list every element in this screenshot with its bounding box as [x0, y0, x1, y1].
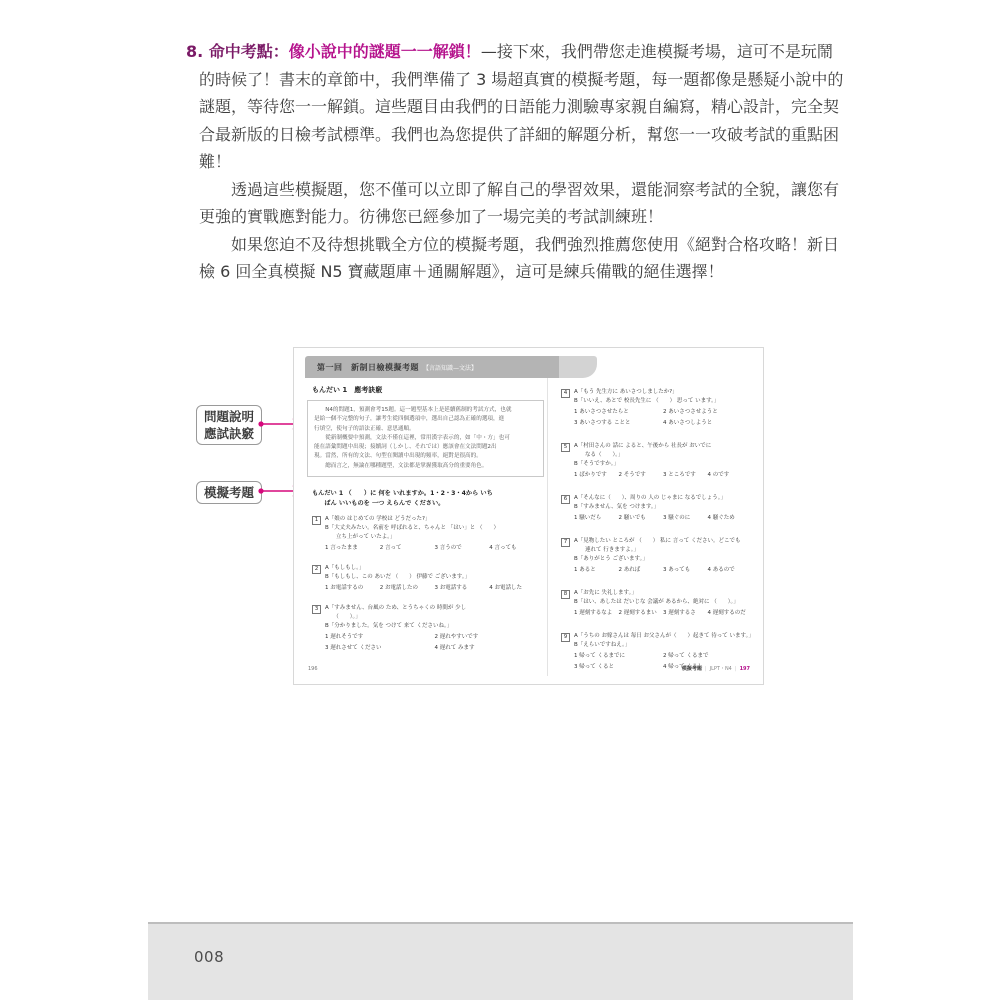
footer-band: 008 [148, 922, 853, 1000]
answer-option: 3 騒ぐのに [663, 514, 708, 523]
answer-option: 3 言うので [435, 544, 490, 553]
question-number: 8 [561, 590, 570, 599]
exam-spread-image: 第一回 新制日檢模擬考題 【言語知識—文法】 もんだい 1 應考訣竅 N4的問題… [293, 347, 764, 685]
answer-option: 2 お電話したの [380, 584, 435, 593]
right-page: 4A「もう 先生方に あいさつしましたか?」B「いいえ、あとで 校長先生に （ … [556, 381, 752, 684]
callout-tips-label: 問題說明 應試訣竅 [196, 405, 262, 445]
answer-option: 3 遅刻するさ [663, 609, 708, 618]
intro-text-line: 謎題，等待您一一解鎖。這些題目由我們的日語能力測驗專家親自編寫，精心設計，完全契 [199, 93, 846, 121]
dialogue-line: B「大丈夫みたい。名前を 呼ばれると、ちゃんと 「はい」と （ ） [325, 524, 544, 533]
question-number: 5 [561, 443, 570, 452]
dialogue-line: B「すみません、気を つけます。」 [574, 503, 752, 512]
question-number: 6 [561, 495, 570, 504]
answer-option: 4 遅刻するのだ [708, 609, 753, 618]
left-page: もんだい 1 應考訣竅 N4的問題1，預測會考15題。這一題型基本上是延續舊制的… [307, 385, 544, 684]
intro-text-line: 的時候了！書末的章節中，我們準備了 3 場超真實的模擬考題，每一題都像是懸疑小說… [199, 66, 846, 94]
answer-option: 4 お電話した [489, 584, 544, 593]
answer-option: 1 言ったまま [325, 544, 380, 553]
instruction-line: もんだい 1 （ ）に 何を いれますか。1・2・3・4から いち [312, 489, 544, 499]
answer-option: 1 騒いだら [574, 514, 619, 523]
dialogue-line: 立ち上がって いたよ。」 [325, 533, 544, 542]
tips-box: N4的問題1，預測會考15題。這一題型基本上是延續舊制的考試方式，也就是給一個不… [307, 400, 544, 477]
dialogue-line: A「お先に 失礼します。」 [574, 589, 752, 598]
answer-option: 4 言っても [489, 544, 544, 553]
answer-option: 1 帰って くるまでに [574, 652, 663, 661]
question-number: 7 [561, 538, 570, 547]
question-item: 6A「そんなに（ ）、周りの 人の じゃまに なるでしょう。」B「すみません、気… [561, 494, 752, 523]
left-page-number: 196 [308, 666, 318, 672]
question-item: 7A「見物したい ところが （ ） 私に 言って ください。どこでも 連れて 行… [561, 537, 752, 575]
answer-option: 2 遅刻するまい [619, 609, 664, 618]
tips-text-line: 從新制概要中預測，文法不僅在這裡，常用漢字表示的，如「中・方」也可 [314, 434, 537, 443]
answer-option: 3 ところです [663, 471, 708, 480]
answer-option: 4 あるので [708, 566, 753, 575]
tips-text-line: 總而言之，無論在哪種題型，文法都是掌握獲取高分的重要角色。 [314, 462, 537, 471]
question-number: 1 [312, 516, 321, 525]
intro-text-line: 透過這些模擬題，您不僅可以立即了解自己的學習效果，還能洞察考試的全貌，讓您有 [199, 176, 846, 204]
question-body: A「もしもし。」B「もしもし、この あいだ （ ） 伊藤で ございます。」1 お… [325, 564, 544, 593]
answer-option: 2 遅れやすいです [435, 633, 545, 642]
question-item: 8A「お先に 失礼します。」B「はい、あしたは だいじな 会議が あるから、絶対… [561, 589, 752, 618]
dialogue-line: A「村田さんの 話に よると、午後から 社長が おいでに [574, 442, 752, 451]
answer-options: 1 あいさつさせたらと2 あいさつさせようと3 あいさつする ことと4 あいさつ… [574, 408, 752, 428]
question-body: A「見物したい ところが （ ） 私に 言って ください。どこでも 連れて 行き… [574, 537, 752, 575]
footer-exam-name: JLPT・N4 [710, 665, 732, 672]
mondai-heading: もんだい 1 應考訣竅 [312, 385, 544, 395]
exam-banner-tail [559, 356, 597, 378]
dialogue-line: A「すみません、台風の ため、とうちゃくの 時間が 少し [325, 604, 544, 613]
answer-options: 1 遅れそうです2 遅れやすいです3 遅れさせて ください4 遅れて みます [325, 633, 544, 653]
question-number: 3 [312, 605, 321, 614]
question-body: A「村田さんの 話に よると、午後から 社長が おいでに なる（ ）。」B「そう… [574, 442, 752, 480]
answer-options: 1 遅刻するなよ2 遅刻するまい3 遅刻するさ4 遅刻するのだ [574, 609, 752, 618]
dialogue-line: A「もう 先生方に あいさつしましたか?」 [574, 388, 752, 397]
dialogue-line: A「娘の はじめての 学校は どうだった?」 [325, 515, 544, 524]
answer-option: 4 遅れて みます [435, 644, 545, 653]
answer-option: 3 遅れさせて ください [325, 644, 435, 653]
answer-options: 1 あると2 あれば3 あっても4 あるので [574, 566, 752, 575]
dialogue-line: （ ）。」 [325, 613, 544, 622]
dialogue-line: A「見物したい ところが （ ） 私に 言って ください。どこでも [574, 537, 752, 546]
left-page-questions: 1A「娘の はじめての 学校は どうだった?」B「大丈夫みたい。名前を 呼ばれる… [312, 515, 544, 653]
footer-separator: | [705, 666, 707, 672]
dialogue-line: 連れて 行きますよ。」 [574, 546, 752, 555]
question-body: A「すみません、台風の ため、とうちゃくの 時間が 少し （ ）。」B「分かりま… [325, 604, 544, 653]
section-heading: 8. 命中考點：像小說中的謎題一一解鎖！—接下來，我們帶您走進模擬考場，這可不是… [186, 38, 846, 66]
heading-highlight: 像小說中的謎題一一解鎖！ [289, 42, 481, 61]
answer-option: 1 お電話するの [325, 584, 380, 593]
intro-text-line: 如果您迫不及待想挑戰全方位的模擬考題，我們強烈推薦您使用《絕對合格攻略！新日 [199, 231, 846, 259]
dialogue-line: B「分かりました。気を つけて 来て くださいね。」 [325, 622, 544, 631]
answer-options: 1 ばかりです2 そうです3 ところです4 のです [574, 471, 752, 480]
answer-option: 4 騒ぐため [708, 514, 753, 523]
question-body: A「お先に 失礼します。」B「はい、あしたは だいじな 会議が あるから、絶対に… [574, 589, 752, 618]
answer-options: 1 お電話するの2 お電話したの3 お電話する4 お電話した [325, 584, 544, 593]
question-item: 5A「村田さんの 話に よると、午後から 社長が おいでに なる（ ）。」B「そ… [561, 442, 752, 480]
answer-option: 3 お電話する [435, 584, 490, 593]
answer-option: 4 あいさつしようと [663, 419, 752, 428]
answer-options: 1 言ったまま2 言って3 言うので4 言っても [325, 544, 544, 553]
callout-exam-label: 模擬考題 [196, 481, 262, 504]
dialogue-line: A「うちの お嫁さんは 毎日 お父さんが（ ）起きて 待って います。」 [574, 632, 752, 641]
right-page-questions: 4A「もう 先生方に あいさつしましたか?」B「いいえ、あとで 校長先生に （ … [561, 388, 752, 672]
dialogue-line: B「もしもし、この あいだ （ ） 伊藤で ございます。」 [325, 573, 544, 582]
heading-number-label: 8. 命中考點： [186, 42, 289, 61]
tips-text-line: N4的問題1，預測會考15題。這一題型基本上是延續舊制的考試方式，也就 [314, 406, 537, 415]
callout-line: 應試訣竅 [204, 425, 254, 442]
question-item: 3A「すみません、台風の ため、とうちゃくの 時間が 少し （ ）。」B「分かり… [312, 604, 544, 653]
answer-option: 1 ばかりです [574, 471, 619, 480]
mondai-instruction: もんだい 1 （ ）に 何を いれますか。1・2・3・4から いち ばん いいも… [312, 489, 544, 508]
answer-option: 1 あると [574, 566, 619, 575]
right-page-number: 197 [740, 666, 750, 672]
answer-option: 2 そうです [619, 471, 664, 480]
intro-text-line: 合最新版的日檢考試標準。我們也為您提供了詳細的解題分析，幫您一一攻破考試的重點困 [199, 121, 846, 149]
callout-line: 問題說明 [204, 408, 254, 425]
dialogue-line: B「いいえ、あとで 校長先生に （ ） 思って います。」 [574, 397, 752, 406]
answer-option: 2 あれば [619, 566, 664, 575]
footer-label: 模擬考題 [682, 665, 702, 672]
dialogue-line: なる（ ）。」 [574, 451, 752, 460]
question-number: 2 [312, 565, 321, 574]
question-item: 4A「もう 先生方に あいさつしましたか?」B「いいえ、あとで 校長先生に （ … [561, 388, 752, 428]
tips-text-line: 行填空，使句子的語法正確、意思通順。 [314, 425, 537, 434]
answer-option: 1 遅刻するなよ [574, 609, 619, 618]
tips-text-line: 能在語彙問題中出現；接續詞（しかし、それでは）應該會在文法問題2出 [314, 443, 537, 452]
right-page-footer: 模擬考題 | JLPT・N4 | 197 [682, 665, 750, 672]
answer-option: 2 騒いでも [619, 514, 664, 523]
answer-option: 2 言って [380, 544, 435, 553]
answer-option: 1 遅れそうです [325, 633, 435, 642]
answer-option: 1 あいさつさせたらと [574, 408, 663, 417]
answer-option: 4 のです [708, 471, 753, 480]
intro-text-line: 難！ [199, 148, 846, 176]
question-body: A「そんなに（ ）、周りの 人の じゃまに なるでしょう。」B「すみません、気を… [574, 494, 752, 523]
answer-option: 2 あいさつさせようと [663, 408, 752, 417]
tips-text-line: 是給一個不完整的句子，讓考生從四個選項中，選出自己認為正確的選項，進 [314, 415, 537, 424]
heading-rest-text: —接下來，我們帶您走進模擬考場，這可不是玩鬧 [481, 42, 833, 61]
page-divider [547, 358, 548, 676]
answer-option: 3 あっても [663, 566, 708, 575]
page-number: 008 [194, 948, 224, 966]
question-number: 4 [561, 389, 570, 398]
exam-banner: 第一回 新制日檢模擬考題 【言語知識—文法】 [305, 356, 559, 378]
intro-text-line: 檢 6 回全真模擬 N5 寶藏題庫＋通關解題》，這可是練兵備戰的絕佳選擇！ [199, 258, 846, 286]
answer-option: 2 帰って くるまで [663, 652, 752, 661]
answer-options: 1 騒いだら2 騒いでも3 騒ぐのに4 騒ぐため [574, 514, 752, 523]
intro-section: 8. 命中考點：像小說中的謎題一一解鎖！—接下來，我們帶您走進模擬考場，這可不是… [186, 38, 846, 286]
dialogue-line: A「そんなに（ ）、周りの 人の じゃまに なるでしょう。」 [574, 494, 752, 503]
question-number: 9 [561, 633, 570, 642]
dialogue-line: A「もしもし。」 [325, 564, 544, 573]
intro-paragraphs: 的時候了！書末的章節中，我們準備了 3 場超真實的模擬考題，每一題都像是懸疑小說… [199, 66, 846, 286]
instruction-line: ばん いいものを 一つ えらんで ください。 [312, 499, 544, 509]
footer-separator: | [735, 666, 737, 672]
exam-banner-title: 第一回 新制日檢模擬考題 [317, 362, 419, 373]
answer-option: 3 あいさつする ことと [574, 419, 663, 428]
intro-text-line: 更強的實戰應對能力。彷彿您已經參加了一場完美的考試訓練班！ [199, 203, 846, 231]
callout-line: 模擬考題 [204, 484, 254, 501]
dialogue-line: B「ありがとう ございます。」 [574, 555, 752, 564]
question-item: 2A「もしもし。」B「もしもし、この あいだ （ ） 伊藤で ございます。」1 … [312, 564, 544, 593]
dialogue-line: B「はい、あしたは だいじな 会議が あるから、絶対に （ ）。」 [574, 598, 752, 607]
dialogue-line: B「えらいですねえ。」 [574, 641, 752, 650]
question-item: 1A「娘の はじめての 学校は どうだった?」B「大丈夫みたい。名前を 呼ばれる… [312, 515, 544, 553]
answer-option: 3 帰って くると [574, 663, 663, 672]
question-body: A「もう 先生方に あいさつしましたか?」B「いいえ、あとで 校長先生に （ ）… [574, 388, 752, 428]
tips-text-line: 現。當然，所有的文法、句型在閱讀中出現的頻率，絕對是很高的。 [314, 452, 537, 461]
exam-banner-subtitle: 【言語知識—文法】 [423, 363, 477, 372]
question-body: A「娘の はじめての 学校は どうだった?」B「大丈夫みたい。名前を 呼ばれると… [325, 515, 544, 553]
dialogue-line: B「そうですか。」 [574, 460, 752, 469]
